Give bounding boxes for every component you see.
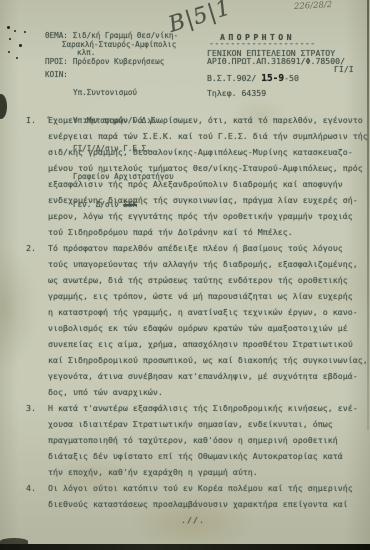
recipient-line: ΠΡΟΣ:Πρόεδρον Κυβερνήσεως: [45, 57, 164, 66]
cc-item: Υπ.Συντονισμού: [73, 88, 174, 98]
body-line: δος, υπό τών αναρχικών.: [48, 384, 366, 400]
body-line: Τό πρόσφατον παρελθόν απέδειξε πλέον ή β…: [48, 240, 366, 256]
edge-ink-blotch: [0, 94, 7, 119]
body-line: καί Σιδηροδρομικού προσωπικού, ως καί δι…: [48, 352, 366, 368]
body-line: τού Σιδηροδρόμου παρά τήν Δοϊράνην καί τ…: [48, 224, 366, 240]
body-line: Η κατά τ'ανωτέρω εξασφάλισις τής Σιδηροδ…: [48, 400, 366, 416]
body-line: Οι λόγοι ούτοι κατόπιν τού εν Κορέα πολέ…: [48, 480, 366, 496]
body-line: μένου τού ημιτελούς τμήματος Θεσ/νίκης-Σ…: [48, 160, 366, 176]
paragraph-number: Ι.: [26, 112, 36, 128]
phone-line: Τηλεφ. 64359: [207, 89, 266, 98]
protocol-number: ΑΡΙΘ.ΠΡΩΤ.ΑΠ.318691/Φ.78500/: [207, 57, 345, 66]
ink-speck: [16, 57, 18, 59]
paragraph-number: 3.: [26, 400, 36, 416]
body-line: ως ανωτέρω, διά τής στρώσεως ταύτης ενδό…: [48, 272, 366, 288]
ink-speck: [19, 44, 22, 47]
subject-line-3: κλπ.: [77, 48, 95, 57]
date-stamp: 15-9: [261, 73, 284, 84]
page-edge-shadow: [367, 0, 369, 430]
body-line: μερον, λόγω τής εγγυτάτης πρός τήν οροθε…: [48, 208, 366, 224]
body-line: νιοβολισμός εκ τών εδαφών ομόρων κρατών …: [48, 320, 366, 336]
paragraph-number: 2.: [26, 240, 36, 256]
body-line: Έχομεν τήν τιμήν νά γνωρίσωμεν, ότι, κατ…: [48, 112, 366, 128]
body-line: ενδεχομένης διακοπής τής συγκοινωνίας, π…: [48, 192, 366, 208]
body-line: πραγματοποιηθή τό ταχύτερον, καθ'όσον η …: [48, 432, 366, 448]
ink-speck: [8, 51, 10, 53]
paragraph-2: 2. Τό πρόσφατον παρελθόν απέδειξε πλέον …: [48, 240, 366, 400]
body-line: εξασφάλισιν τής πρός Αλεξανδρούπολιν δια…: [48, 176, 366, 192]
body-line: γραμμής, εις τρόπον, ώστε νά μή παρουσιά…: [48, 288, 366, 304]
date-year: -50: [284, 73, 299, 83]
paragraph-number: 4.: [26, 480, 36, 496]
station-prefix: Β.Σ.Τ.902/: [207, 73, 261, 83]
cc-label: ΚΟΙΝ:: [45, 70, 68, 79]
ink-speck: [7, 26, 10, 29]
station-date-line: Β.Σ.Τ.902/ 15-9-50: [207, 74, 299, 83]
body-line: ενέργειαι παρά τών Σ.Ε.Κ. καί τού Γ.Ε.Σ.…: [48, 128, 366, 144]
continuation-mark: .//.: [34, 512, 352, 528]
ink-speck: [14, 30, 16, 32]
paragraph-4: 4. Οι λόγοι ούτοι κατόπιν τού εν Κορέα π…: [48, 480, 366, 512]
ink-speck: [24, 31, 26, 33]
body-line: διεθνούς καταστάσεως προσλαμβάνουσιν χαρ…: [48, 496, 366, 512]
body-line: γεγονότα, άτινα συνέβησαν κατ'επανάληψιν…: [48, 368, 366, 384]
body-line: σιδ/κής γραμμής, Θεσσαλονίκης-Αμφιπόλεως…: [48, 144, 366, 160]
protocol-number-cont: ΓΙ/Ι: [334, 65, 354, 74]
body-line: συνεπείας εις αίμα, χρήμα, απασχόλησιν π…: [48, 336, 366, 352]
body-line: τούς υπαγορεύοντας τήν αλλαγήν τής διαδρ…: [48, 256, 366, 272]
ink-speck: [9, 38, 11, 40]
recipient-label: ΠΡΟΣ:: [45, 57, 73, 66]
page-edge-shadow: [0, 544, 370, 550]
paragraph-3: 3. Η κατά τ'ανωτέρω εξασφάλισις τής Σιδη…: [48, 400, 366, 480]
body-line: χουσα ιδιαιτέραν Στρατιωτικήν σημασίαν, …: [48, 416, 366, 432]
body-line: διάταξις δέν υφίστατο επί τής Οθωμανικής…: [48, 448, 366, 464]
classification-underline: --------------------: [209, 39, 316, 48]
paragraph-1: Ι. Έχομεν τήν τιμήν νά γνωρίσωμεν, ότι, …: [48, 112, 366, 240]
body-line: η καταστροφή τής γραμμής, η ανατίναξις τ…: [48, 304, 366, 320]
handwritten-archive-number: 226/28/2: [294, 0, 333, 12]
body-line: τήν εποχήν, καθ'ήν εχαράχθη η γραμμή αύτ…: [48, 464, 366, 480]
document-body: Ι. Έχομεν τήν τιμήν νά γνωρίσωμεν, ότι, …: [48, 112, 366, 528]
recipient-value: Πρόεδρον Κυβερνήσεως: [73, 57, 164, 66]
scanned-document-page: 226/28/2 Β|5|1 ΘΕΜΑ:Σιδ/κή Γραμμή Θεσ/νί…: [0, 0, 370, 550]
